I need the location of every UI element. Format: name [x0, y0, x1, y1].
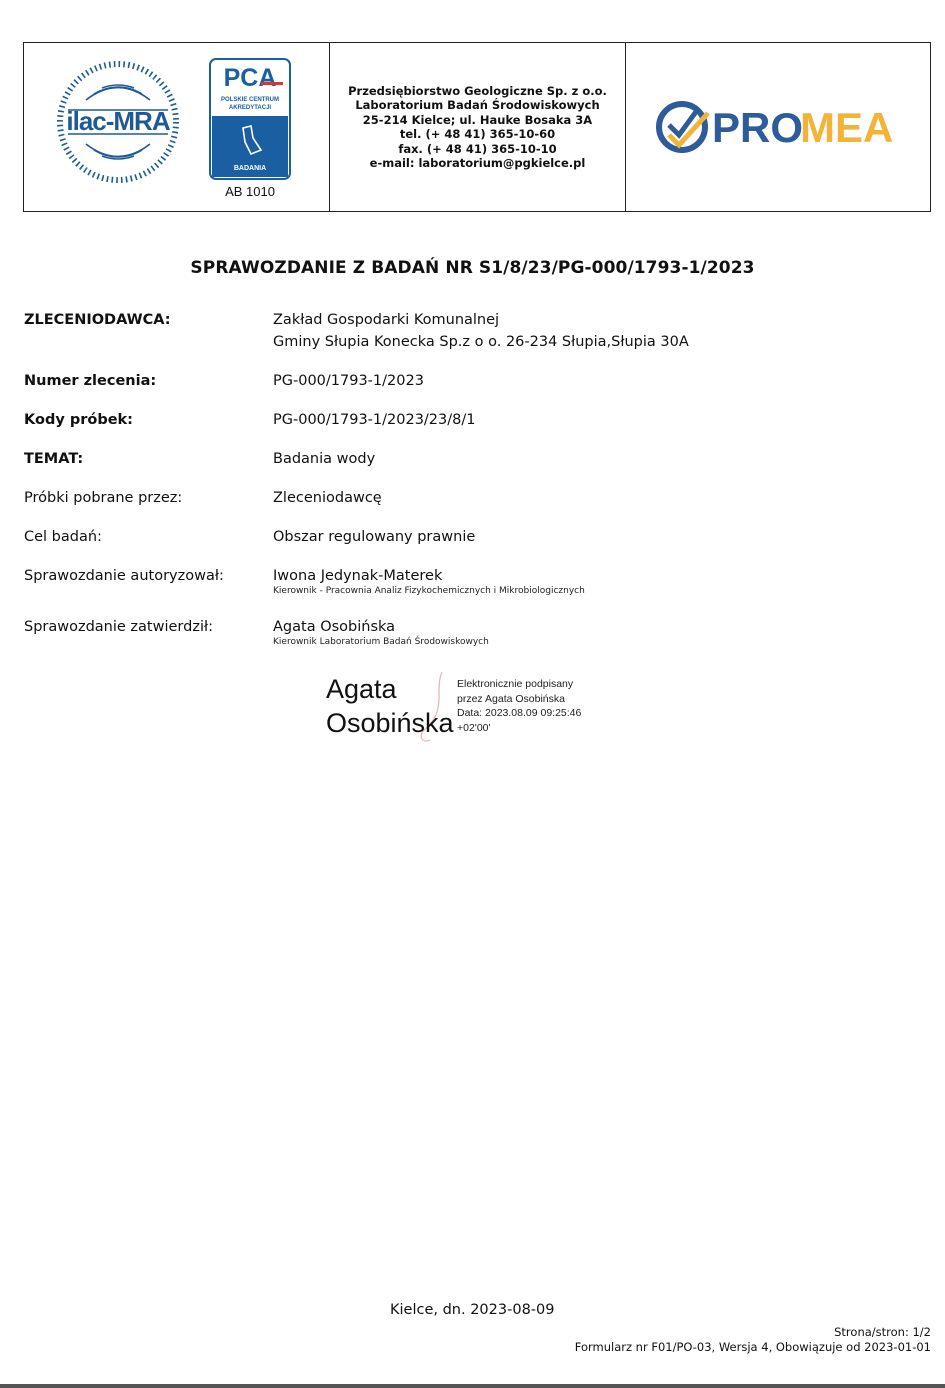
signature-name: Agata Osobińska [326, 672, 454, 740]
field-subtitle: Kierownik Laboratorium Badań Środowiskow… [273, 637, 489, 647]
lab-info-line: e-mail: laboratorium@pgkielce.pl [348, 156, 607, 171]
lab-info-line: fax. (+ 48 41) 365-10-10 [348, 142, 607, 157]
form-version: Formularz nr F01/PO-03, Wersja 4, Obowią… [575, 1340, 931, 1355]
svg-text:BADANIA: BADANIA [234, 165, 266, 172]
lab-info-line: 25-214 Kielce; ul. Hauke Bosaka 3A [348, 113, 607, 128]
report-title: SPRAWOZDANIE Z BADAŃ NR S1/8/23/PG-000/1… [0, 258, 945, 278]
accreditation-number: AB 1010 [209, 184, 291, 199]
field-label: ZLECENIODAWCA: [24, 312, 171, 328]
promea-logo: PRO MEA [626, 43, 930, 211]
pca-badge-icon: PCA POLSKIE CENTRUM AKREDYTACJI BADANIA [209, 58, 291, 180]
field-subtitle: Kierownik - Pracownia Analiz Fizykochemi… [273, 586, 585, 596]
lab-info-line: tel. (+ 48 41) 365-10-60 [348, 127, 607, 142]
field-value: Agata Osobińska [273, 619, 395, 635]
field-value-line2: Gminy Słupia Konecka Sp.z o o. 26-234 Sł… [273, 334, 689, 350]
svg-text:PRO: PRO [712, 104, 803, 151]
page-footer: Strona/stron: 1/2 Formularz nr F01/PO-03… [575, 1325, 931, 1355]
field-value: Zakład Gospodarki Komunalnej [273, 312, 499, 328]
digital-signature: Agata Osobińska Elektronicznie podpisany… [326, 672, 606, 744]
field-label: Sprawozdanie zatwierdził: [24, 619, 213, 635]
lab-info-line: Przedsiębiorstwo Geologiczne Sp. z o.o. [348, 84, 607, 99]
field-value: Badania wody [273, 451, 375, 467]
svg-text:ilac-MRA: ilac-MRA [66, 106, 170, 136]
lab-contact-info: Przedsiębiorstwo Geologiczne Sp. z o.o.L… [330, 43, 626, 211]
field-label: TEMAT: [24, 451, 83, 467]
field-value: Zleceniodawcę [273, 490, 382, 506]
place-and-date: Kielce, dn. 2023-08-09 [390, 1302, 554, 1318]
lab-info-line: Laboratorium Badań Środowiskowych [348, 98, 607, 113]
field-value: PG-000/1793-1/2023/23/8/1 [273, 412, 475, 428]
page-number: Strona/stron: 1/2 [575, 1325, 931, 1340]
accreditation-logos: ilac-MRA PCA POLSKIE CENTRUM AKREDYTACJI… [24, 43, 330, 211]
field-label: Numer zlecenia: [24, 373, 156, 389]
page-bottom-border [0, 1384, 945, 1388]
field-label: Cel badań: [24, 529, 102, 545]
svg-text:PCA: PCA [224, 64, 277, 92]
svg-text:POLSKIE CENTRUM: POLSKIE CENTRUM [221, 97, 279, 103]
field-label: Próbki pobrane przez: [24, 490, 182, 506]
signature-details: Elektronicznie podpisany przez Agata Oso… [457, 677, 581, 735]
svg-text:AKREDYTACJI: AKREDYTACJI [229, 105, 272, 111]
field-label: Sprawozdanie autoryzował: [24, 568, 224, 584]
field-value: PG-000/1793-1/2023 [273, 373, 424, 389]
field-value: Iwona Jedynak-Materek [273, 568, 442, 584]
field-label: Kody próbek: [24, 412, 133, 428]
letterhead: ilac-MRA PCA POLSKIE CENTRUM AKREDYTACJI… [23, 42, 931, 212]
ilac-mra-logo-icon: ilac-MRA [56, 60, 180, 184]
svg-text:MEA: MEA [800, 104, 893, 151]
field-value: Obszar regulowany prawnie [273, 529, 475, 545]
promea-logo-icon: PRO MEA [652, 95, 904, 159]
